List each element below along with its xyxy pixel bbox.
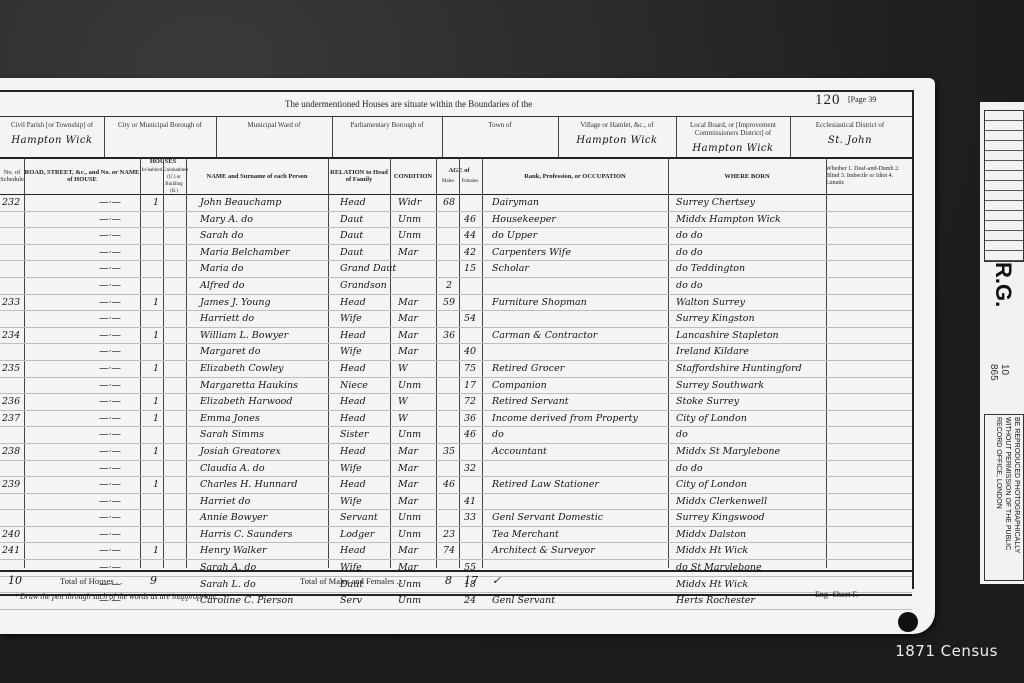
cell-born: Lancashire Stapleton (676, 328, 779, 344)
cell-male: 2 (441, 278, 457, 294)
cell-rel: Niece (340, 378, 368, 394)
reference-strip: R.G. 10 865 BE REPRODUCED PHOTOGRAPHICAL… (980, 102, 1024, 584)
cell-rel: Head (340, 444, 366, 460)
cell-female: 72 (462, 394, 478, 410)
cell-cond: Unm (398, 212, 421, 228)
cell-female: 75 (462, 361, 478, 377)
table-row: —·—Sarah doDautUnm44do Upperdo do (0, 228, 912, 245)
table-row: 239—·—1Charles H. HunnardHeadMar46Retire… (0, 477, 912, 494)
image-caption: 1871 Census (895, 642, 998, 660)
cell-male (441, 245, 457, 261)
cell-road: —·— (80, 278, 140, 294)
cell-born: Middx Ht Wick (676, 543, 748, 559)
cell-road: —·— (80, 228, 140, 244)
cell-road: —·— (80, 494, 140, 510)
table-row: 233—·—1James J. YoungHeadMar59Furniture … (0, 295, 912, 312)
table-row: —·—Mary A. doDautUnm46HousekeeperMiddx H… (0, 212, 912, 229)
cell-male (441, 228, 457, 244)
cell-cond: Unm (398, 378, 421, 394)
cell-schedule: 239 (2, 477, 20, 493)
cell-road: —·— (80, 411, 140, 427)
col-name: NAME and Surname of each Person (186, 158, 329, 194)
cell-inh: 1 (150, 477, 162, 493)
cell-cond: Mar (398, 344, 418, 360)
cell-rel: Wife (340, 344, 362, 360)
cell-female: 54 (462, 311, 478, 327)
cell-inh: 1 (150, 195, 162, 211)
copyright-notice: BE REPRODUCED PHOTOGRAPHICALLY WITHOUT P… (984, 414, 1024, 581)
cell-born: do do (676, 278, 703, 294)
cell-rel: Daut (340, 245, 363, 261)
cell-female: 46 (462, 212, 478, 228)
cell-born: Middx Clerkenwell (676, 494, 767, 510)
cell-cond: Mar (398, 311, 418, 327)
cell-road: —·— (80, 261, 140, 277)
cell-inh: 1 (150, 394, 162, 410)
cell-inh (150, 461, 162, 477)
field-ecclesiastical-district: Ecclesiastical District ofSt. John (790, 117, 910, 157)
cell-rel: Head (340, 295, 366, 311)
cell-road: —·— (80, 361, 140, 377)
cell-cond: Mar (398, 543, 418, 559)
cell-name: Henry Walker (200, 543, 267, 559)
table-row: 237—·—1Emma JonesHeadW36Income derived f… (0, 411, 912, 428)
cell-born: City of London (676, 477, 747, 493)
cell-road: —·— (80, 311, 140, 327)
cell-rel: Daut (340, 212, 363, 228)
cell-name: Mary A. do (200, 212, 253, 228)
cell-female (462, 295, 478, 311)
cell-rel: Head (340, 361, 366, 377)
cell-born: Middx Dalston (676, 527, 746, 543)
cell-male (441, 427, 457, 443)
cell-male: 36 (441, 328, 457, 344)
col-road: ROAD, STREET, &c., and No. or NAME of HO… (24, 158, 141, 194)
cell-name: James J. Young (200, 295, 271, 311)
table-row: 235—·—1Elizabeth CowleyHeadW75Retired Gr… (0, 361, 912, 378)
cell-road: —·— (80, 295, 140, 311)
cell-male: 59 (441, 295, 457, 311)
cell-rel: Grandson (340, 278, 387, 294)
cell-name: Elizabeth Cowley (200, 361, 284, 377)
table-row: 240—·—Harris C. SaundersLodgerUnm23Tea M… (0, 527, 912, 544)
cell-rel: Head (340, 477, 366, 493)
ruler-scale (984, 110, 1024, 262)
cell-female (462, 477, 478, 493)
cell-inh (150, 245, 162, 261)
cell-born: do do (676, 461, 703, 477)
cell-inh (150, 261, 162, 277)
col-occupation: Rank, Profession, or OCCUPATION (482, 158, 669, 194)
table-row: —·—Maria doGrand Daut15Scholardo Tedding… (0, 261, 912, 278)
cell-inh (150, 311, 162, 327)
cell-road: —·— (80, 444, 140, 460)
cell-cond: W (398, 361, 408, 377)
cell-schedule: 232 (2, 195, 20, 211)
table-row: 241—·—1Henry WalkerHeadMar74Architect & … (0, 543, 912, 560)
cell-occ: Architect & Surveyor (492, 543, 595, 559)
cell-inh (150, 494, 162, 510)
cell-female: 40 (462, 344, 478, 360)
cell-occ: Retired Grocer (492, 361, 564, 377)
total-persons-label: Total of Males and Females . . (300, 576, 403, 586)
cell-road: —·— (80, 394, 140, 410)
cell-road: —·— (80, 245, 140, 261)
cell-name: Charles H. Hunnard (200, 477, 297, 493)
cell-road: —·— (80, 477, 140, 493)
cell-inh: 1 (150, 543, 162, 559)
cell-born: City of London (676, 411, 747, 427)
cell-occ: Accountant (492, 444, 547, 460)
cell-born: Middx St Marylebone (676, 444, 780, 460)
cell-born: do do (676, 245, 703, 261)
cell-cond: Mar (398, 328, 418, 344)
cell-schedule: 238 (2, 444, 20, 460)
table-row: 234—·—1William L. BowyerHeadMar36Carman … (0, 328, 912, 345)
cell-cond: Unm (398, 527, 421, 543)
cell-name: Harris C. Saunders (200, 527, 292, 543)
cell-cond: Mar (398, 477, 418, 493)
cell-female: 17 (462, 378, 478, 394)
cell-female: 41 (462, 494, 478, 510)
cell-born: Ireland Kildare (676, 344, 749, 360)
cell-rel: Head (340, 411, 366, 427)
cell-male (441, 510, 457, 526)
cell-female: 42 (462, 245, 478, 261)
cell-female: 33 (462, 510, 478, 526)
cell-name: Josiah Greatorex (200, 444, 281, 460)
cell-name: Margaret do (200, 344, 260, 360)
cell-road: —·— (80, 344, 140, 360)
cell-inh (150, 344, 162, 360)
piece-number: 10 865 (988, 364, 1010, 381)
cell-born: Surrey Kingswood (676, 510, 765, 526)
cell-occ: Scholar (492, 261, 529, 277)
cell-schedule: 235 (2, 361, 20, 377)
cell-female (462, 195, 478, 211)
cell-name: Margaretta Haukins (200, 378, 298, 394)
cell-name: Harriett do (200, 311, 254, 327)
cell-male: 23 (441, 527, 457, 543)
cell-schedule: 236 (2, 394, 20, 410)
cell-cond: Unm (398, 510, 421, 526)
cell-inh: 1 (150, 411, 162, 427)
census-sheet: The undermentioned Houses are situate wi… (0, 78, 935, 634)
cell-name: Harriet do (200, 494, 250, 510)
cell-born: Middx Hampton Wick (676, 212, 781, 228)
cell-male (441, 494, 457, 510)
cell-road: —·— (80, 328, 140, 344)
cell-born: Staffordshire Huntingford (676, 361, 802, 377)
cell-cond: Mar (398, 295, 418, 311)
cell-occ: do (492, 427, 504, 443)
cell-occ: Dairyman (492, 195, 539, 211)
field-town: Town of (442, 117, 559, 157)
table-row: —·—Sarah SimmsSisterUnm46dodo (0, 427, 912, 444)
cell-rel: Wife (340, 461, 362, 477)
cell-female: 36 (462, 411, 478, 427)
cell-cond: W (398, 411, 408, 427)
cell-male: 74 (441, 543, 457, 559)
cell-male (441, 212, 457, 228)
cell-occ: Carman & Contractor (492, 328, 597, 344)
cell-schedule: 237 (2, 411, 20, 427)
cell-occ: Tea Merchant (492, 527, 559, 543)
cell-occ: Income derived from Property (492, 411, 638, 427)
cell-male (441, 411, 457, 427)
cell-occ: Genl Servant Domestic (492, 510, 603, 526)
field-parliamentary-borough: Parliamentary Borough of (332, 117, 443, 157)
cell-schedule: 241 (2, 543, 20, 559)
total-houses-value: 9 (150, 574, 157, 587)
cell-name: William L. Bowyer (200, 328, 288, 344)
cell-name: Emma Jones (200, 411, 260, 427)
cell-born: Walton Surrey (676, 295, 745, 311)
footnote: * Draw the pen through such of the words… (14, 592, 218, 601)
cell-name: Elizabeth Harwood (200, 394, 292, 410)
cell-female (462, 278, 478, 294)
cell-rel: Wife (340, 311, 362, 327)
form-title: The undermentioned Houses are situate wi… (285, 99, 532, 109)
col-schedule: No. of Schedule (0, 158, 25, 194)
table-row: —·—Annie BowyerServantUnm33Genl Servant … (0, 510, 912, 527)
cell-occ: do Upper (492, 228, 537, 244)
cell-male: 46 (441, 477, 457, 493)
cell-cond: Mar (398, 444, 418, 460)
col-where-born: WHERE BORN (668, 158, 827, 194)
table-row: —·—Claudia A. doWifeMar32do do (0, 461, 912, 478)
census-form: The undermentioned Houses are situate wi… (0, 90, 914, 589)
cell-rel: Daut (340, 228, 363, 244)
cell-male (441, 461, 457, 477)
cell-born: Surrey Chertsey (676, 195, 755, 211)
cell-road: —·— (80, 427, 140, 443)
cell-schedule: 233 (2, 295, 20, 311)
field-municipal-ward: Municipal Ward of (216, 117, 333, 157)
cell-schedule: 240 (2, 527, 20, 543)
cell-cond: W (398, 394, 408, 410)
cell-rel: Sister (340, 427, 368, 443)
cell-name: Sarah Simms (200, 427, 264, 443)
cell-occ: Retired Servant (492, 394, 569, 410)
record-group-label: R.G. (990, 262, 1016, 307)
table-row: —·—Harriett doWifeMar54Surrey Kingston (0, 311, 912, 328)
cell-male (441, 378, 457, 394)
cell-name: Maria Belchamber (200, 245, 290, 261)
form-code: Eng- Sheet F. (815, 590, 858, 599)
cell-born: Surrey Kingston (676, 311, 755, 327)
cell-road: —·— (80, 510, 140, 526)
cell-road: —·— (80, 378, 140, 394)
cell-cond: Unm (398, 228, 421, 244)
punch-hole (898, 612, 918, 632)
cell-occ: Retired Law Stationer (492, 477, 599, 493)
table-row: 238—·—1Josiah GreatorexHeadMar35Accounta… (0, 444, 912, 461)
cell-rel: Lodger (340, 527, 374, 543)
field-local-board: Local Board, or [Improvement Commissione… (676, 117, 791, 157)
census-rows: 232—·—1John BeauchampHeadWidr68DairymanS… (0, 195, 912, 610)
cell-name: Sarah do (200, 228, 243, 244)
cell-cond: Unm (398, 427, 421, 443)
cell-female (462, 444, 478, 460)
field-village: Village or Hamlet, &c., ofHampton Wick (558, 117, 677, 157)
page-number: [Page 39 (848, 95, 876, 104)
cell-born: do (676, 427, 688, 443)
total-houses-label: Total of Houses . . (60, 576, 122, 586)
cell-occ: Furniture Shopman (492, 295, 587, 311)
table-row: —·—Harriet doWifeMar41Middx Clerkenwell (0, 494, 912, 511)
cell-female: 46 (462, 427, 478, 443)
cell-cond: Mar (398, 494, 418, 510)
cell-name: Alfred do (200, 278, 244, 294)
cell-occ: Companion (492, 378, 547, 394)
column-headers: No. of Schedule ROAD, STREET, &c., and N… (0, 158, 912, 195)
cell-born: do do (676, 228, 703, 244)
cell-born: Surrey Southwark (676, 378, 764, 394)
cell-male (441, 344, 457, 360)
table-row: 236—·—1Elizabeth HarwoodHeadW72Retired S… (0, 394, 912, 411)
cell-male: 68 (441, 195, 457, 211)
table-row: 232—·—1John BeauchampHeadWidr68DairymanS… (0, 195, 912, 212)
col-infirmity: Whether 1. Deaf-and-Dumb 2. Blind 3. Imb… (826, 158, 910, 194)
cell-rel: Head (340, 328, 366, 344)
cell-name: John Beauchamp (200, 195, 281, 211)
cell-female: 44 (462, 228, 478, 244)
cell-rel: Wife (340, 494, 362, 510)
cell-road: —·— (80, 212, 140, 228)
cell-male (441, 311, 457, 327)
cell-male (441, 394, 457, 410)
cell-rel: Grand Daut (340, 261, 396, 277)
check-mark: ✓ (492, 574, 501, 587)
total-females-value: 17 (464, 574, 478, 587)
cell-cond: Widr (398, 195, 421, 211)
schedule-number: 120 (815, 92, 841, 109)
cell-born: do Teddington (676, 261, 745, 277)
cell-inh: 1 (150, 328, 162, 344)
field-civil-parish: Civil Parish [or Township] ofHampton Wic… (0, 117, 105, 157)
cell-schedule: 234 (2, 328, 20, 344)
total-schedules: 10 (8, 574, 22, 587)
cell-cond: Mar (398, 461, 418, 477)
cell-female (462, 543, 478, 559)
table-row: —·—Maria BelchamberDautMar42Carpenters W… (0, 245, 912, 262)
cell-occ: Carpenters Wife (492, 245, 571, 261)
cell-occ: Housekeeper (492, 212, 556, 228)
cell-female: 32 (462, 461, 478, 477)
cell-inh (150, 212, 162, 228)
cell-inh (150, 427, 162, 443)
cell-cond: Mar (398, 245, 418, 261)
cell-road: —·— (80, 461, 140, 477)
cell-rel: Servant (340, 510, 378, 526)
total-males-value: 8 (445, 574, 452, 587)
col-condition: CONDITION (390, 158, 437, 194)
cell-name: Claudia A. do (200, 461, 265, 477)
cell-road: —·— (80, 527, 140, 543)
cell-name: Annie Bowyer (200, 510, 267, 526)
cell-rel: Head (340, 195, 366, 211)
cell-name: Maria do (200, 261, 243, 277)
cell-inh: 1 (150, 444, 162, 460)
cell-inh: 1 (150, 361, 162, 377)
table-row: —·—Margaretta HaukinsNieceUnm17Companion… (0, 378, 912, 395)
table-row: —·—Margaret doWifeMar40Ireland Kildare (0, 344, 912, 361)
cell-male: 35 (441, 444, 457, 460)
cell-road: —·— (80, 543, 140, 559)
cell-rel: Head (340, 543, 366, 559)
cell-born: Stoke Surrey (676, 394, 739, 410)
cell-rel: Head (340, 394, 366, 410)
cell-female (462, 527, 478, 543)
cell-female: 15 (462, 261, 478, 277)
boundary-header: Civil Parish [or Township] ofHampton Wic… (0, 116, 912, 159)
cell-inh: 1 (150, 295, 162, 311)
cell-inh (150, 278, 162, 294)
cell-male (441, 361, 457, 377)
col-relation: RELATION to Head of Family (328, 158, 391, 194)
cell-female (462, 328, 478, 344)
cell-male (441, 261, 457, 277)
cell-inh (150, 378, 162, 394)
field-city-borough: City or Municipal Borough of (104, 117, 217, 157)
cell-inh (150, 510, 162, 526)
cell-inh (150, 527, 162, 543)
cell-road: —·— (80, 195, 140, 211)
table-row: —·—Alfred doGrandson2do do (0, 278, 912, 295)
cell-inh (150, 228, 162, 244)
